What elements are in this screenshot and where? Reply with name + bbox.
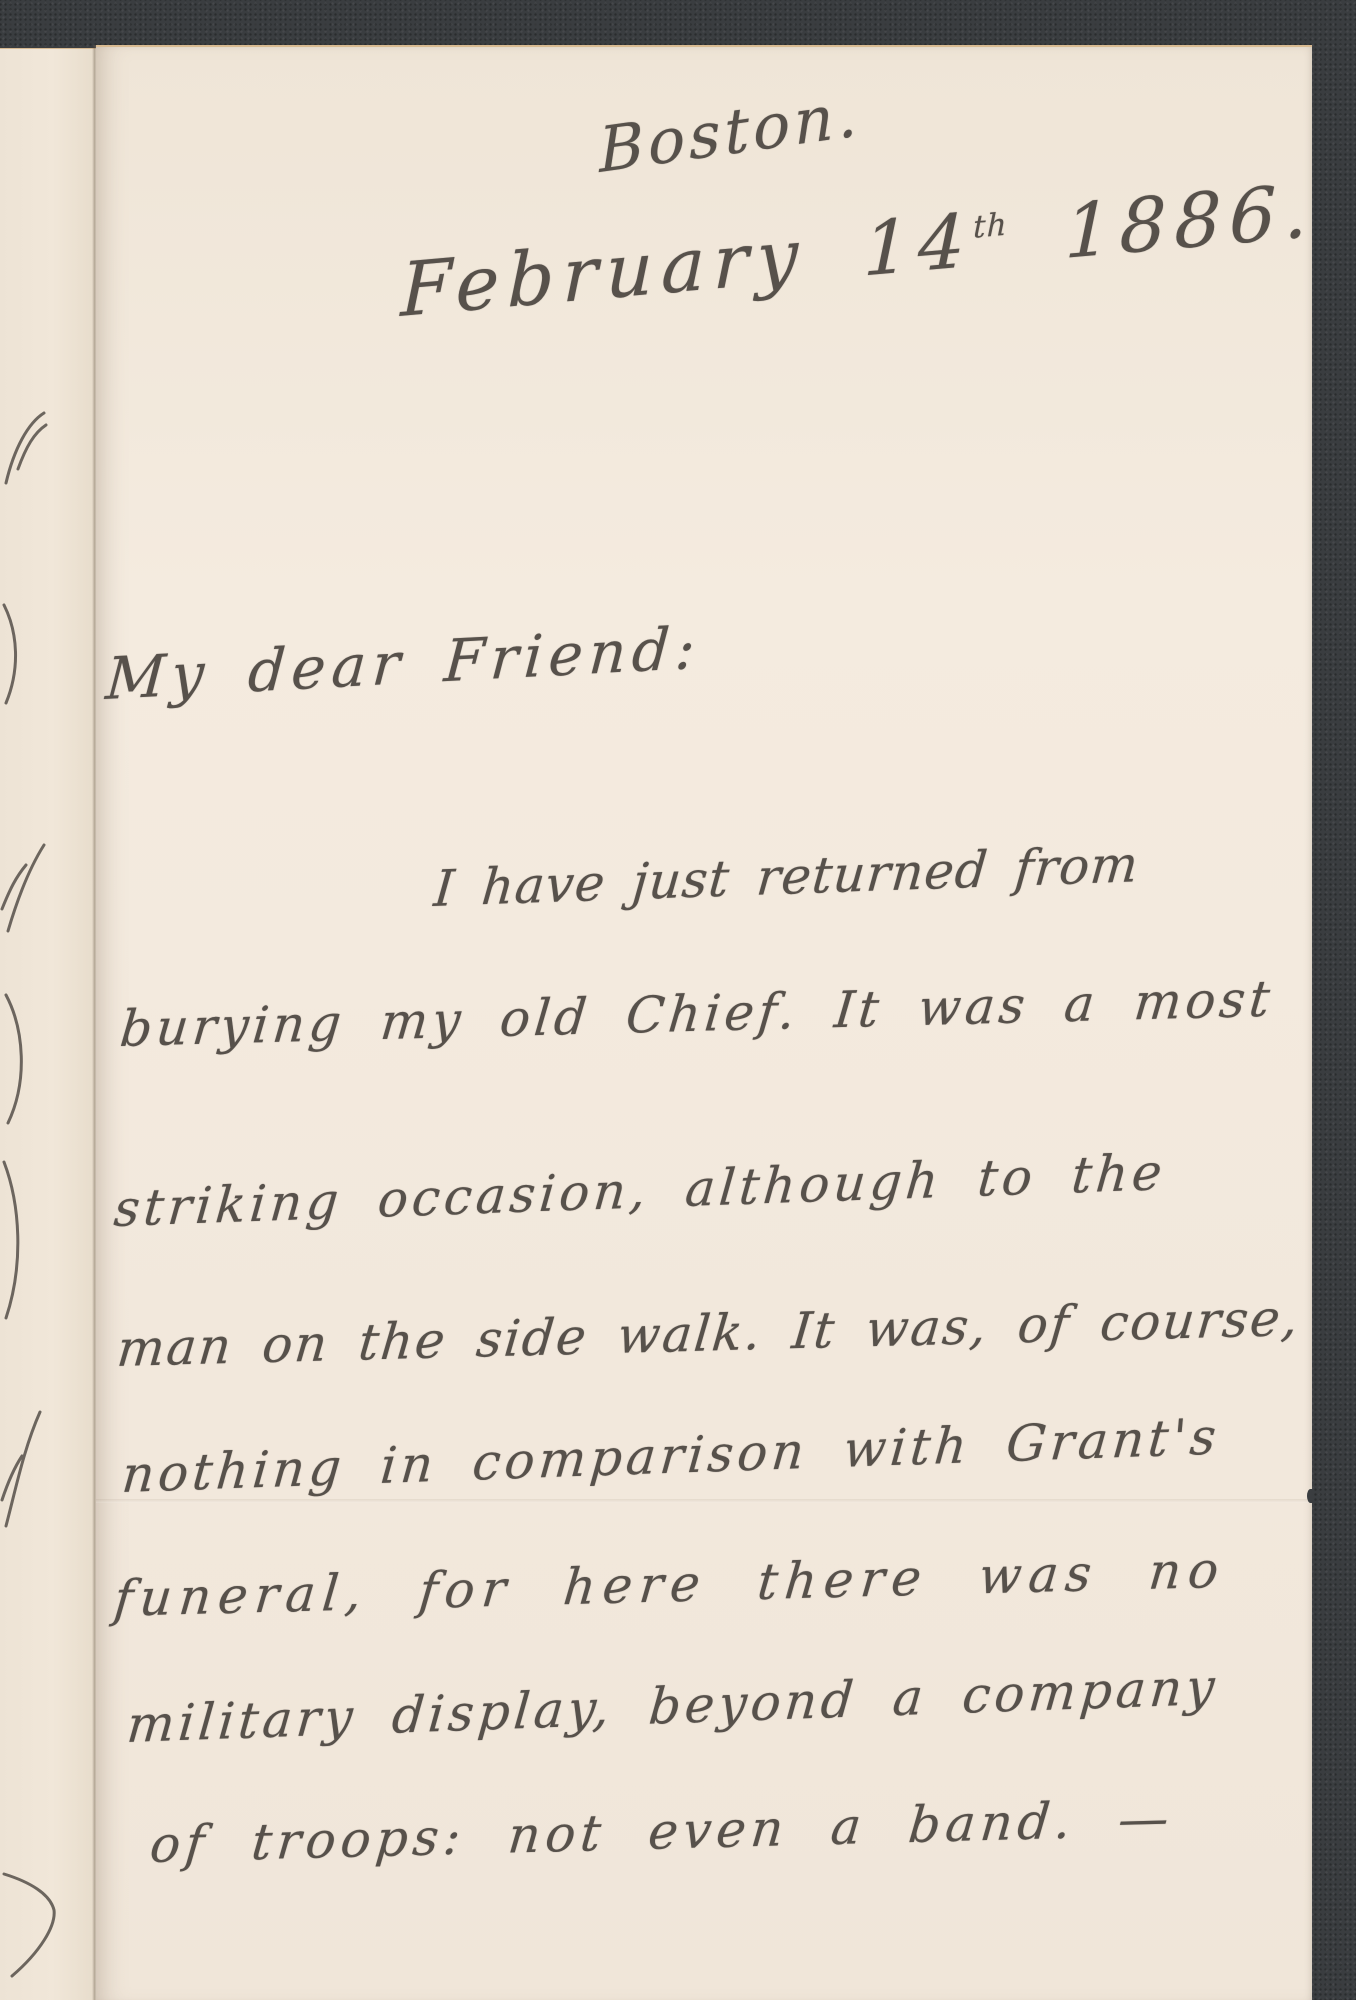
adjacent-page-edge [0,48,96,2000]
paper-edge-nick [1307,1489,1314,1503]
letter-sheet: Boston. February 14th 1886. My dear Frie… [96,45,1312,2000]
stray-ink-mark [0,1404,44,1534]
letter-body-line: man on the side walk. It was, of course, [115,1293,1302,1374]
horizontal-fold-crease [96,1499,1312,1503]
stray-ink-mark [0,1864,60,1984]
letter-place: Boston. [598,83,862,182]
letter-body-line: nothing in comparison with Grant's [120,1411,1222,1500]
letter-body-line: funeral, for here there was no [112,1545,1228,1624]
letter-date-day: February 14 [400,198,974,335]
scan-background: Boston. February 14th 1886. My dear Frie… [0,0,1356,2000]
letter-salutation: My dear Friend: [104,619,703,708]
letter-body-line: burying my old Chief. It was a most [118,974,1276,1054]
letter-body-line: striking occasion, although to the [112,1147,1168,1234]
letter-body-line: I have just returned from [432,839,1141,914]
stray-ink-mark [0,599,26,709]
letter-body-line: military display, beyond a company [125,1662,1220,1750]
letter-body-line: of troops: not even a band. — [148,1793,1176,1870]
stray-ink-mark [0,1154,28,1324]
letter-date: February 14th 1886. [400,174,1316,328]
letter-date-ordinal: th [973,207,1008,246]
stray-ink-mark [0,409,50,489]
stray-ink-mark [0,839,48,939]
stray-ink-mark [0,989,34,1129]
letter-date-year: 1886. [1007,168,1317,281]
